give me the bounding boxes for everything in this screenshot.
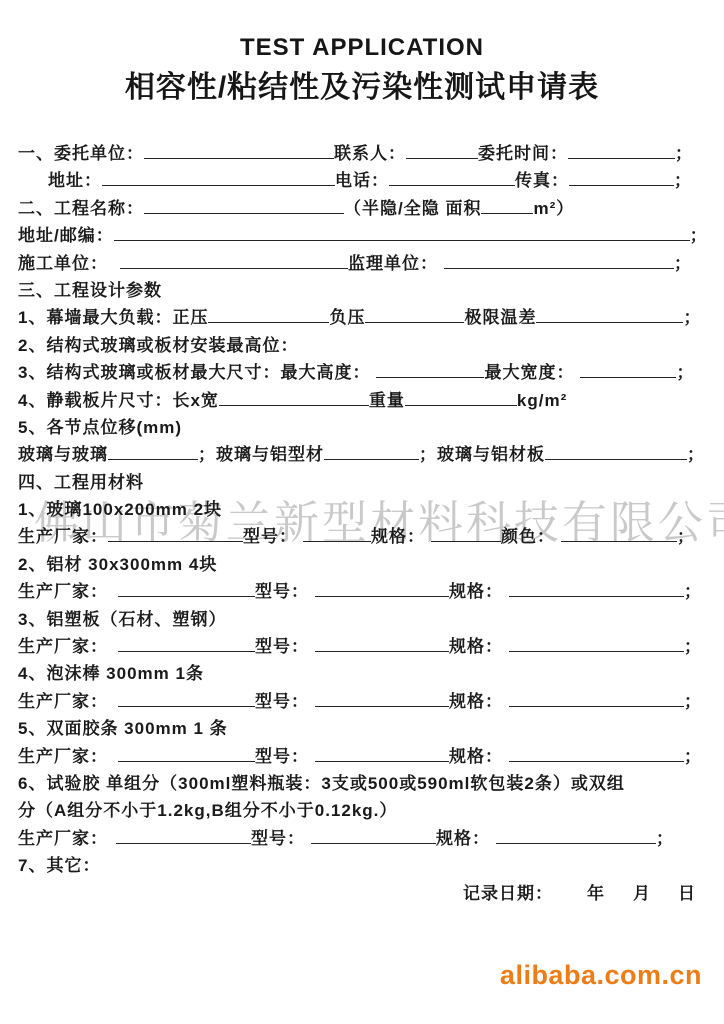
record-date-line: 记录日期：年月日 <box>18 880 718 907</box>
form-label: 3、结构式玻璃或板材最大尺寸：最大高度： <box>18 363 370 382</box>
fill-in-blank <box>118 690 255 707</box>
form-label: 规格： <box>449 692 503 711</box>
tape-manufacturer-line: 生产厂家：型号：规格：； <box>18 743 718 770</box>
spacer <box>108 580 118 597</box>
form-label: 型号： <box>255 582 309 601</box>
spacer <box>553 882 587 899</box>
form-page: TEST APPLICATION 相容性/粘结性及污染性测试申请表 佛山市菊兰新… <box>0 0 724 1024</box>
project-name-line: 二、工程名称：（半隐/全隐 面积m²） <box>18 195 718 222</box>
form-label: 电话： <box>335 171 389 190</box>
form-label: ； <box>684 637 702 656</box>
form-label: 5、双面胶条 300mm 1 条 <box>18 719 228 738</box>
form-label: 规格： <box>371 527 425 546</box>
form-label: 1、玻璃100x200mm 2块 <box>18 500 222 519</box>
spacer <box>108 252 120 269</box>
form-label: 2、铝材 30x300mm 4块 <box>18 555 217 574</box>
page-title: 相容性/粘结性及污染性测试申请表 <box>0 62 724 106</box>
fill-in-blank <box>219 389 369 406</box>
fill-in-blank <box>509 745 684 762</box>
displacement-values-line: 玻璃与玻璃；玻璃与铝型材；玻璃与铝材板； <box>18 441 718 468</box>
form-label: 2、结构式玻璃或板材安装最高位： <box>18 336 298 355</box>
form-label: 重量 <box>369 391 405 410</box>
material-glass-line: 1、玻璃100x200mm 2块 <box>18 496 718 523</box>
fill-in-blank <box>444 252 674 269</box>
form-label: 规格： <box>436 829 490 848</box>
form-label: ； <box>677 527 695 546</box>
fill-in-blank <box>509 580 684 597</box>
fill-in-blank <box>509 690 684 707</box>
form-label: ； <box>674 171 692 190</box>
form-label: 月 <box>633 884 651 903</box>
form-label: 生产厂家： <box>18 582 108 601</box>
form-label: 3、铝塑板（石材、塑钢） <box>18 610 226 629</box>
form-label: ； <box>675 144 693 163</box>
material-sealant-line-2: 分（A组分不小于1.2kg,B组分不小于0.12kg.） <box>18 797 718 824</box>
form-label: kg/m² <box>517 391 567 410</box>
form-label: ； <box>683 308 701 327</box>
fill-in-blank <box>315 690 449 707</box>
spacer <box>108 690 118 707</box>
fill-in-blank <box>311 827 436 844</box>
material-sealant-line-1: 6、试验胶 单组分（300ml塑料瓶装：3支或500或590ml软包装2条）或双… <box>18 770 718 797</box>
form-label: 日 <box>678 884 696 903</box>
spacer <box>651 882 678 899</box>
fill-in-blank <box>568 142 675 159</box>
form-label: 生产厂家： <box>18 527 108 546</box>
glass-manufacturer-line: 生产厂家：型号：规格：颜色：； <box>18 523 718 550</box>
form-lines: 一、委托单位：联系人：委托时间：；地址：电话：传真：；二、工程名称：（半隐/全隐… <box>18 140 718 907</box>
fill-in-blank <box>376 361 484 378</box>
other-line: 7、其它： <box>18 852 718 879</box>
form-label: 型号： <box>255 747 309 766</box>
form-label: 最大宽度： <box>484 363 574 382</box>
fill-in-blank <box>389 169 515 186</box>
form-label: 规格： <box>449 747 503 766</box>
fill-in-blank <box>406 142 478 159</box>
client-unit-line: 一、委托单位：联系人：委托时间：； <box>18 140 718 167</box>
max-load-line: 1、幕墙最大负载：正压负压极限温差； <box>18 304 718 331</box>
form-label: 三、工程设计参数 <box>18 281 162 300</box>
fill-in-blank <box>144 142 334 159</box>
form-label: （半隐/全隐 面积 <box>344 199 481 218</box>
form-label: 一、委托单位： <box>18 144 144 163</box>
fill-in-blank <box>580 361 676 378</box>
fill-in-blank <box>144 197 344 214</box>
material-tape-line: 5、双面胶条 300mm 1 条 <box>18 715 718 742</box>
form-label: 规格： <box>449 637 503 656</box>
form-label: ； <box>690 226 708 245</box>
fill-in-blank <box>545 443 687 460</box>
material-aluminum-line: 2、铝材 30x300mm 4块 <box>18 551 718 578</box>
spacer <box>108 635 118 652</box>
client-address-line: 地址：电话：传真：； <box>18 167 718 194</box>
foam-manufacturer-line: 生产厂家：型号：规格：； <box>18 688 718 715</box>
form-label: ； <box>684 582 702 601</box>
form-label: 地址： <box>48 171 102 190</box>
form-label: 生产厂家： <box>18 747 108 766</box>
fill-in-blank <box>315 635 449 652</box>
form-label: m²） <box>533 199 574 218</box>
form-label: 记录日期： <box>463 884 553 903</box>
form-label: 生产厂家： <box>18 637 108 656</box>
form-label: 地址/邮编： <box>18 226 114 245</box>
fill-in-blank <box>365 306 464 323</box>
fill-in-blank <box>303 525 371 542</box>
form-label: 二、工程名称： <box>18 199 144 218</box>
fill-in-blank <box>118 635 255 652</box>
fill-in-blank <box>431 525 501 542</box>
section-design-params: 三、工程设计参数 <box>18 277 718 304</box>
fill-in-blank <box>114 224 690 241</box>
form-label: 四、工程用材料 <box>18 473 144 492</box>
form-label: 1、幕墙最大负载：正压 <box>18 308 208 327</box>
acp-manufacturer-line: 生产厂家：型号：规格：； <box>18 633 718 660</box>
form-label: 生产厂家： <box>18 692 108 711</box>
form-label: 生产厂家： <box>18 829 108 848</box>
spacer <box>605 882 633 899</box>
form-label: ； <box>687 445 705 464</box>
material-foam-line: 4、泡沫棒 300mm 1条 <box>18 660 718 687</box>
spacer <box>108 745 118 762</box>
alibaba-watermark: alibaba.com.cn <box>500 960 702 991</box>
form-label: 监理单位： <box>348 254 438 273</box>
form-label: 施工单位： <box>18 254 108 273</box>
fill-in-blank <box>315 745 449 762</box>
form-label: ； <box>676 363 694 382</box>
fill-in-blank <box>481 197 533 214</box>
fill-in-blank <box>120 252 348 269</box>
fill-in-blank <box>118 745 255 762</box>
fill-in-blank <box>509 635 684 652</box>
form-label: 委托时间： <box>478 144 568 163</box>
form-label: 分（A组分不小于1.2kg,B组分不小于0.12kg.） <box>18 801 397 820</box>
form-label: 4、泡沫棒 300mm 1条 <box>18 664 204 683</box>
static-panel-line: 4、静载板片尺寸：长x宽重量kg/m² <box>18 387 718 414</box>
spacer <box>108 827 116 844</box>
form-label: ； <box>656 829 674 848</box>
fill-in-blank <box>324 443 419 460</box>
form-label: 型号： <box>251 829 305 848</box>
form-label: ； <box>684 747 702 766</box>
title-english: TEST APPLICATION <box>0 34 724 62</box>
form-label: 年 <box>587 884 605 903</box>
form-label: 传真： <box>515 171 569 190</box>
form-label: 型号： <box>255 637 309 656</box>
form-label: 负压 <box>329 308 365 327</box>
fill-in-blank <box>116 827 251 844</box>
fill-in-blank <box>536 306 683 323</box>
form-label: 4、静载板片尺寸：长x宽 <box>18 391 219 410</box>
fill-in-blank <box>208 306 329 323</box>
form-label: ；玻璃与铝型材 <box>198 445 324 464</box>
max-size-line: 3、结构式玻璃或板材最大尺寸：最大高度：最大宽度：； <box>18 359 718 386</box>
form-label: 5、各节点位移(mm) <box>18 418 182 437</box>
install-highest-line: 2、结构式玻璃或板材安装最高位： <box>18 332 718 359</box>
fill-in-blank <box>561 525 677 542</box>
form-label: 型号： <box>243 527 297 546</box>
fill-in-blank <box>496 827 656 844</box>
form-label: 6、试验胶 单组分（300ml塑料瓶装：3支或500或590ml软包装2条）或双… <box>18 774 625 793</box>
form-label: 联系人： <box>334 144 406 163</box>
form-label: 颜色： <box>501 527 555 546</box>
construction-unit-line: 施工单位：监理单位：； <box>18 250 718 277</box>
form-label: ； <box>684 692 702 711</box>
fill-in-blank <box>315 580 449 597</box>
form-label: 7、其它： <box>18 856 100 875</box>
section-materials: 四、工程用材料 <box>18 469 718 496</box>
sealant-manufacturer-line: 生产厂家：型号：规格：； <box>18 825 718 852</box>
form-label: 型号： <box>255 692 309 711</box>
node-displacement-line: 5、各节点位移(mm) <box>18 414 718 441</box>
aluminum-manufacturer-line: 生产厂家：型号：规格：； <box>18 578 718 605</box>
fill-in-blank <box>102 169 335 186</box>
fill-in-blank <box>108 443 198 460</box>
form-label: ； <box>674 254 692 273</box>
fill-in-blank <box>405 389 517 406</box>
fill-in-blank <box>108 525 243 542</box>
form-label: 玻璃与玻璃 <box>18 445 108 464</box>
material-acp-line: 3、铝塑板（石材、塑钢） <box>18 606 718 633</box>
form-label: 极限温差 <box>464 308 536 327</box>
project-address-line: 地址/邮编：； <box>18 222 718 249</box>
fill-in-blank <box>118 580 255 597</box>
form-label: ；玻璃与铝材板 <box>419 445 545 464</box>
form-label: 规格： <box>449 582 503 601</box>
fill-in-blank <box>569 169 674 186</box>
